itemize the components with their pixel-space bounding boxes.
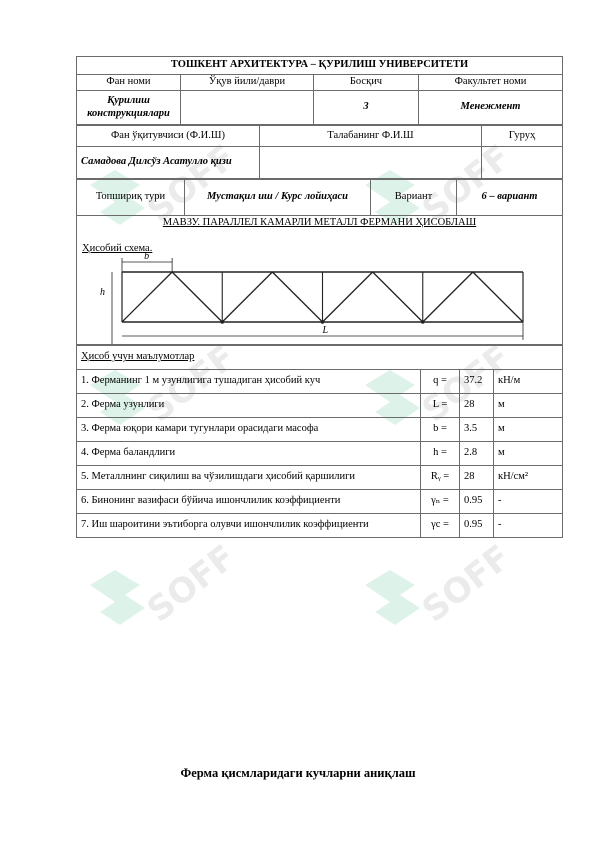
task-type-label: Топшириқ тури	[77, 180, 185, 216]
param-desc: 6. Бинонинг вазифаси бўйича ишончлилик к…	[77, 490, 421, 514]
param-row: 5. Металлнинг сиқилиш ва чўзилишдаги ҳис…	[77, 466, 563, 490]
assignment-sheet: ТОШКЕНТ АРХИТЕКТУРА – ҚУРИЛИШ УНИВЕРСИТЕ…	[76, 56, 562, 538]
svg-text:h: h	[100, 287, 105, 298]
param-row: 4. Ферма баландлигиh =2.8м	[77, 442, 563, 466]
task-table: Топшириқ тури Мустақил иш / Курс лойиҳас…	[76, 179, 563, 345]
param-val: 37.2	[460, 370, 494, 394]
param-sym: γc =	[421, 514, 460, 538]
group-label: Гуруҳ	[482, 126, 563, 147]
info-table: ТОШКЕНТ АРХИТЕКТУРА – ҚУРИЛИШ УНИВЕРСИТЕ…	[76, 56, 563, 125]
param-row: 2. Ферма узунлигиL =28м	[77, 394, 563, 418]
param-row: 3. Ферма юқори камари тугунлари орасидаг…	[77, 418, 563, 442]
param-unit: кН/м	[494, 370, 563, 394]
param-desc: 7. Иш шароитини эътиборга олувчи ишончли…	[77, 514, 421, 538]
param-sym: h =	[421, 442, 460, 466]
param-row: 7. Иш шароитини эътиборга олувчи ишончли…	[77, 514, 563, 538]
param-sym: L =	[421, 394, 460, 418]
param-desc: 4. Ферма баландлиги	[77, 442, 421, 466]
variant-label: Вариант	[371, 180, 457, 216]
subject-value: Қурилиш конструкциялари	[77, 91, 181, 125]
svg-text:L: L	[322, 325, 329, 336]
param-sym: q =	[421, 370, 460, 394]
faculty-value: Менежмент	[419, 91, 563, 125]
teacher-value: Самадова Дилсўз Асатулло қизи	[77, 147, 260, 179]
watermark: SOFF	[85, 530, 255, 640]
param-unit: м	[494, 394, 563, 418]
param-sym: Rᵧ =	[421, 466, 460, 490]
param-sym: b =	[421, 418, 460, 442]
teacher-label: Фан ўқитувчиси (Ф.И.Ш)	[77, 126, 260, 147]
student-value	[260, 147, 482, 179]
param-val: 28	[460, 466, 494, 490]
student-label: Талабанинг Ф.И.Ш	[260, 126, 482, 147]
academic-year-label: Ўқув йили/даври	[181, 75, 314, 91]
param-val: 0.95	[460, 490, 494, 514]
task-type-value: Мустақил иш / Курс лойиҳаси	[185, 180, 371, 216]
param-unit: -	[494, 514, 563, 538]
param-unit: кН/см²	[494, 466, 563, 490]
param-unit: м	[494, 442, 563, 466]
param-row: 1. Ферманинг 1 м узунлигига тушадиган ҳи…	[77, 370, 563, 394]
schema-section: МАВЗУ. ПАРАЛЛЕЛ КАМАРЛИ МЕТАЛЛ ФЕРМАНИ Ҳ…	[77, 216, 563, 345]
svg-text:b: b	[144, 251, 149, 262]
section-heading: Ферма қисмларидаги кучларни аниқлаш	[0, 766, 596, 781]
param-val: 2.8	[460, 442, 494, 466]
param-row: 6. Бинонинг вазифаси бўйича ишончлилик к…	[77, 490, 563, 514]
svg-text:SOFF: SOFF	[415, 537, 518, 630]
param-unit: -	[494, 490, 563, 514]
svg-text:SOFF: SOFF	[140, 537, 243, 630]
stage-value: 3	[314, 91, 419, 125]
param-desc: 1. Ферманинг 1 м узунлигига тушадиган ҳи…	[77, 370, 421, 394]
truss-diagram: bhL	[77, 216, 563, 344]
param-val: 28	[460, 394, 494, 418]
group-value	[482, 147, 563, 179]
param-desc: 3. Ферма юқори камари тугунлари орасидаг…	[77, 418, 421, 442]
param-desc: 5. Металлнинг сиқилиш ва чўзилишдаги ҳис…	[77, 466, 421, 490]
stage-label: Босқич	[314, 75, 419, 91]
param-unit: м	[494, 418, 563, 442]
param-val: 3.5	[460, 418, 494, 442]
subject-label: Фан номи	[77, 75, 181, 91]
faculty-label: Факультет номи	[419, 75, 563, 91]
person-table: Фан ўқитувчиси (Ф.И.Ш) Талабанинг Ф.И.Ш …	[76, 125, 563, 179]
params-table: Ҳисоб учун маълумотлар 1. Ферманинг 1 м …	[76, 345, 563, 538]
watermark: SOFF	[360, 530, 530, 640]
param-val: 0.95	[460, 514, 494, 538]
academic-year-value	[181, 91, 314, 125]
param-sym: γₙ =	[421, 490, 460, 514]
university-title: ТОШКЕНТ АРХИТЕКТУРА – ҚУРИЛИШ УНИВЕРСИТЕ…	[77, 57, 563, 75]
params-label: Ҳисоб учун маълумотлар	[77, 346, 563, 370]
param-desc: 2. Ферма узунлиги	[77, 394, 421, 418]
variant-value: 6 – вариант	[457, 180, 563, 216]
